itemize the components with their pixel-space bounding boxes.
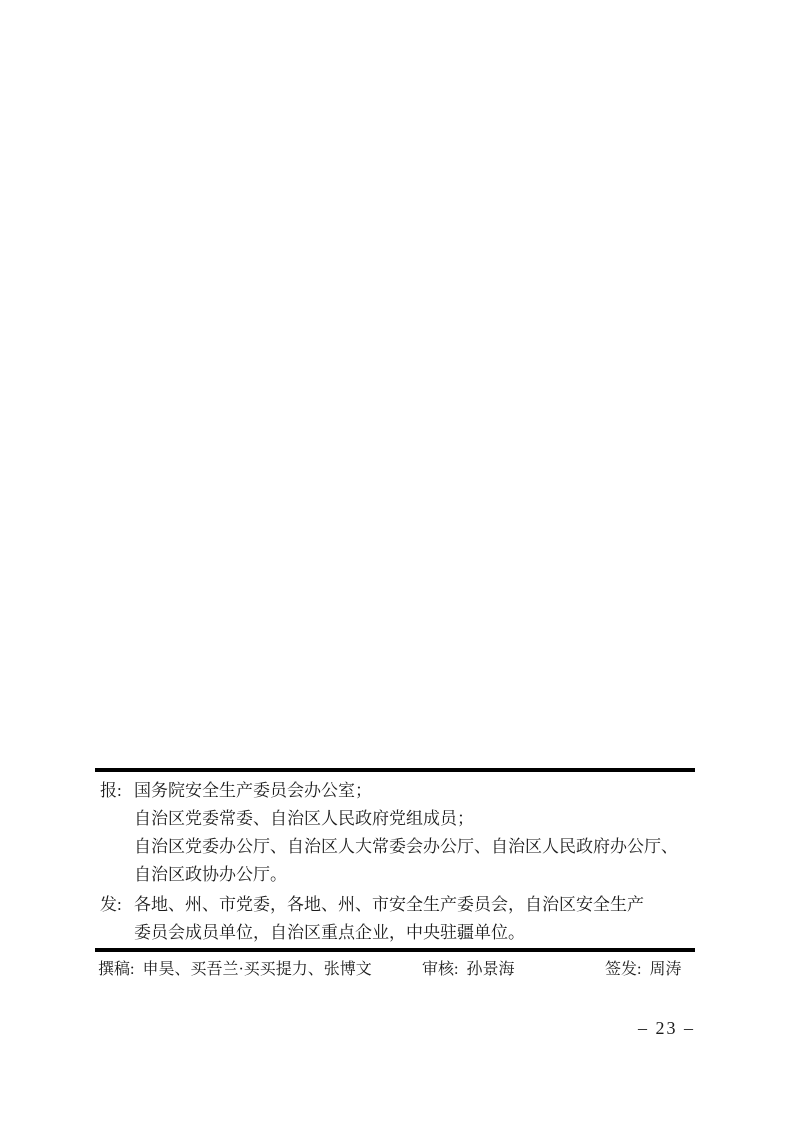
report-to-line-2: 自治区党委常委、自治区人民政府党组成员； xyxy=(134,805,695,833)
reviewer-name: 孙景海 xyxy=(466,961,514,978)
report-to-line-1: 国务院安全生产委员会办公室； xyxy=(134,777,695,805)
drafter-entry: 撰稿:申昊、买吾兰·买买提力、张博文 xyxy=(98,958,372,982)
reviewer-entry: 审核:孙景海 xyxy=(422,958,514,982)
document-page: 报: 国务院安全生产委员会办公室； 自治区党委常委、自治区人民政府党组成员； 自… xyxy=(0,0,793,1122)
report-to-line-4: 自治区政协办公厅。 xyxy=(134,861,695,889)
send-to-lines: 各地、州、市党委，各地、州、市安全生产委员会，自治区安全生产 委员会成员单位，自… xyxy=(134,891,695,947)
report-to-label: 报: xyxy=(95,777,134,805)
send-to-section: 发: 各地、州、市党委，各地、州、市安全生产委员会，自治区安全生产 委员会成员单… xyxy=(95,891,695,947)
send-to-line-2: 委员会成员单位，自治区重点企业，中央驻疆单位。 xyxy=(134,919,695,947)
top-divider-rule xyxy=(95,768,695,772)
colophon-row: 撰稿:申昊、买吾兰·买买提力、张博文 审核:孙景海 签发:周涛 xyxy=(95,958,695,982)
colophon-divider-rule xyxy=(95,948,695,952)
report-to-line-3: 自治区党委办公厅、自治区人大常委会办公厅、自治区人民政府办公厅、 xyxy=(134,833,695,861)
drafter-names: 申昊、买吾兰·买买提力、张博文 xyxy=(142,961,371,978)
report-to-section: 报: 国务院安全生产委员会办公室； 自治区党委常委、自治区人民政府党组成员； 自… xyxy=(95,777,695,889)
issuer-entry: 签发:周涛 xyxy=(605,958,681,982)
drafter-label: 撰稿: xyxy=(98,961,134,978)
issuer-name: 周涛 xyxy=(649,961,681,978)
issuer-label: 签发: xyxy=(605,961,641,978)
send-to-label: 发: xyxy=(95,891,134,919)
reviewer-label: 审核: xyxy=(422,961,458,978)
report-to-lines: 国务院安全生产委员会办公室； 自治区党委常委、自治区人民政府党组成员； 自治区党… xyxy=(134,777,695,889)
page-number: – 23 – xyxy=(638,1016,695,1040)
distribution-block: 报: 国务院安全生产委员会办公室； 自治区党委常委、自治区人民政府党组成员； 自… xyxy=(95,768,695,982)
send-to-line-1: 各地、州、市党委，各地、州、市安全生产委员会，自治区安全生产 xyxy=(134,891,695,919)
